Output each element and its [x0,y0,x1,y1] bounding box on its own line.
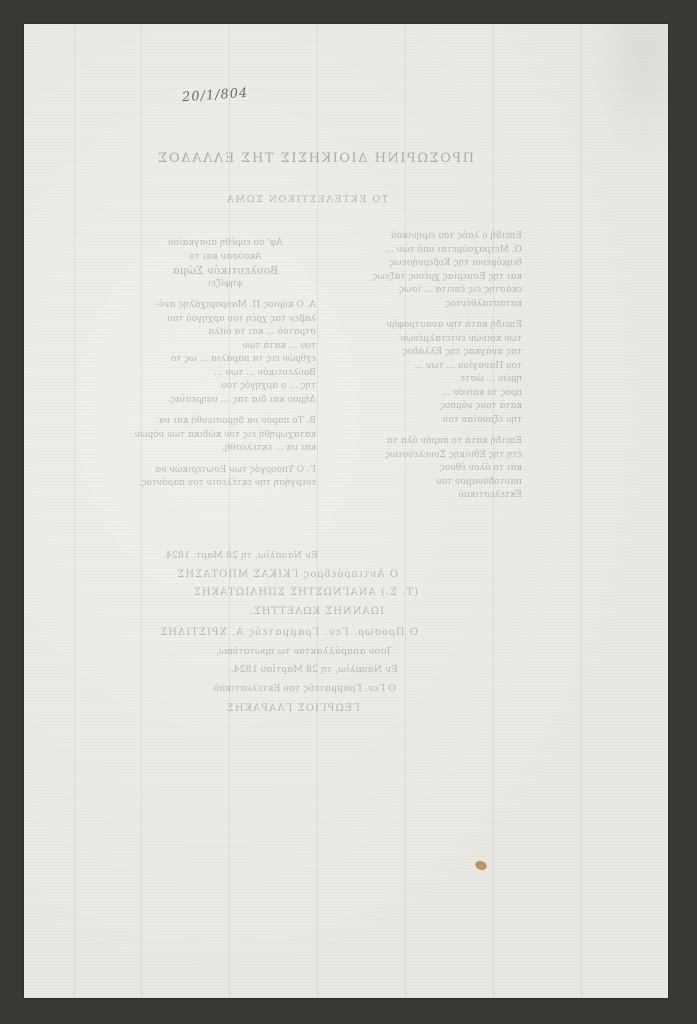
bleed-column-right: Επειδή ο λαός του ειρηνικού Ο. Μετραχούμ… [372,230,522,503]
text-line: κατά τους νόμους [372,400,522,414]
text-line: και το όλον έθνος [372,462,522,476]
text-line: έτη της Εθνικής Συνελεύσεως [372,449,522,463]
text-line: Εκτελεστικού [372,489,522,503]
text-line: διηκόμενοι της Κυβερνήσεως [372,257,522,271]
text-line: Γ. Ο Υπουργός των Εσωτερικών να [135,464,316,478]
text-line: εχθρών εις τα παράλια ... ως το [135,353,316,367]
text-line: και της Εσπερίας χρέους τάξεως [372,271,522,285]
text-line: του Παναγίου ... των ... [372,360,522,374]
bleed-date-line: Εν Ναυπλίω, τη 28 Μαρτ. 1824. [163,550,318,562]
text-line: Αφ' ου ευρέθη αναγκαίον [135,237,316,251]
bleed-title: ΠΡΟΣΩΡΙΝΗ ΔΙΟΙΚΗΣΙΣ ΤΗΣ ΕΛΛΑΔΟΣ [157,153,474,165]
text-line: Α. Ο κύριος Π. Μαυρομιχάλης ανέ- [135,299,316,313]
text-line: τας ανάγκας της Ελλάδος [372,346,522,360]
text-line: λαβεν τας χρέη του αρχηγού του [135,313,316,327]
text-line: Ακούσαν και το [135,251,316,265]
text-line: Βουλευτικόν Σώμα [135,264,316,278]
bleed-subtitle: ΤΟ ΕΚΤΕΛΕΣΤΙΚΟΝ ΣΩΜΑ [226,194,388,206]
bleed-through-text: ΠΡΟΣΩΡΙΝΗ ΔΙΟΙΚΗΣΙΣ ΤΗΣ ΕΛΛΑΔΟΣ ΤΟ ΕΚΤΕΛ… [24,24,668,998]
text-line: Βουλευτικόν ... των ... [135,367,316,381]
document-sheet: ΠΡΟΣΩΡΙΝΗ ΔΙΟΙΚΗΣΙΣ ΤΗΣ ΕΛΛΑΔΟΣ ΤΟ ΕΚΤΕΛ… [24,24,668,998]
bleed-certification: Ο Γεν. Γραμματεύς του Εκτελεστικού [214,683,396,695]
text-line: Β. Το παρόν να δημοσιευθή και να [135,415,316,429]
bleed-certification: ΓΕΩΡΓΙΟΣ ΓΛΑΡΑΚΗΣ [226,703,360,715]
bleed-certification: Ίσον απαράλλακτον τω πρωτοτύπω, [216,646,392,658]
text-line: παντοδύναμον του [372,476,522,490]
text-line: εκάστης εις έπειτα ... ίσως [372,284,522,298]
text-line: Επειδή κατά το παρόν όλα τα [372,435,522,449]
text-line: ενεργήση την εκτέλεσιν του παρόντος. [135,477,316,491]
text-line: προς το κοινόν ... [372,387,522,401]
text-line: του ... κατά των [135,340,316,354]
text-line: την εξουσίαν του [372,414,522,428]
bleed-signature: Ο Προσωρ. Γεν. Γραμματεύς Α. ΧΡΙΣΤΙΔΗΣ [159,627,418,639]
text-line: των κοινών εντεταλμένων [372,333,522,347]
text-line: Επειδή ο λαός του ειρηνικού [372,230,522,244]
text-line: και να ... εκτελεσθή. [135,442,316,456]
text-line: ψηφίζει [135,278,316,292]
bleed-column-left: Αφ' ου ευρέθη αναγκαίον Ακούσαν και το Β… [135,237,316,491]
text-line: ημών ... ώστε [372,373,522,387]
text-line: κατασταλθέντος [372,298,522,312]
text-line: Ο. Μετραχούμεται υπό των ... [372,244,522,258]
text-line: Δήμου και δια τας ... υπηρεσίας. [135,394,316,408]
bleed-signature: (Τ. Σ.) ΑΝΑΓΝΩΣΤΗΣ ΣΠΗΛΙΩΤΑΚΗΣ [193,587,418,599]
bleed-certification: Εν Ναυπλίω, τη 28 Μαρτίου 1824. [230,664,398,676]
bleed-signature: ΙΩΑΝΝΗΣ ΚΩΛΕΤΤΗΣ. [248,606,384,618]
bleed-signature: Ο Αντιπρόεδρος ΓΚΙΚΑΣ ΜΠΟΤΑΣΗΣ [176,569,398,581]
text-line: καταχωρηθή εις τον κώδικα των νόμων [135,429,316,443]
text-line: στρατού ... και τα όπλα [135,326,316,340]
text-line: Επειδή κατά την αναστροφήν [372,319,522,333]
text-line: της ... ο αρχηγός του [135,380,316,394]
